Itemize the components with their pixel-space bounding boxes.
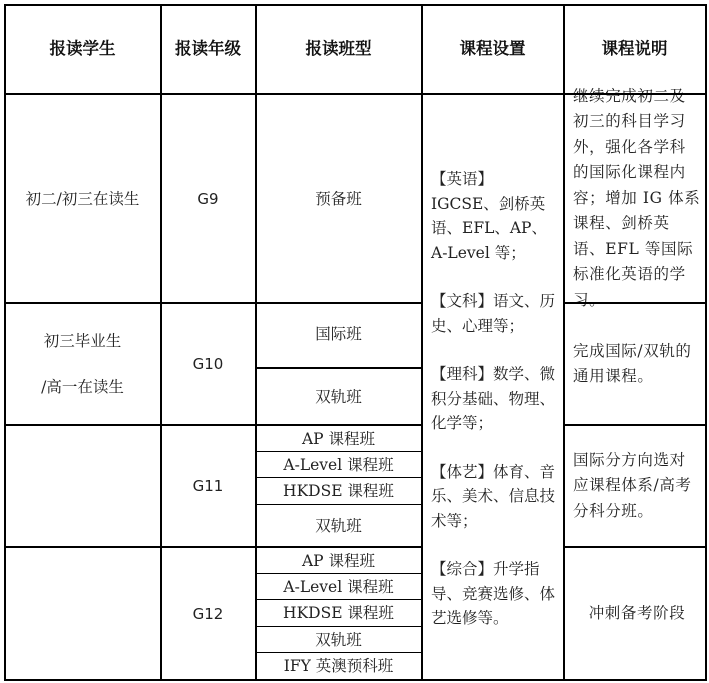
grid-line: [255, 652, 423, 653]
grid-line: [255, 477, 423, 478]
student-g11: [5, 426, 160, 546]
description-g11-text: 国际分方向选对应课程体系/高考分科分班。: [564, 448, 705, 525]
class-g12-ify: IFY 英澳预科班: [256, 653, 421, 679]
grid-line: [4, 679, 707, 681]
grid-line: [4, 93, 707, 95]
header-course-settings: 课程设置: [422, 5, 563, 93]
header-grade: 报读年级: [161, 5, 255, 93]
header-class-type: 报读班型: [256, 5, 421, 93]
grid-line: [255, 367, 423, 369]
course-setting-science: 【理科】数学、微积分基础、物理、化学等；: [431, 362, 555, 436]
class-g12-dual-track: 双轨班: [256, 627, 421, 652]
student-g9: 初二/初三在读生: [5, 95, 160, 302]
grid-line: [255, 599, 423, 600]
grid-line: [563, 424, 707, 426]
grid-line: [4, 546, 423, 548]
grid-line: [255, 504, 423, 505]
description-g12: 冲刺备考阶段: [564, 548, 705, 679]
description-g9-text: 继续完成初二及初三的科目学习外，强化各学科的国际化课程内容；增加 IG 体系课程…: [564, 84, 705, 314]
header-student: 报读学生: [5, 5, 160, 93]
grid-line: [421, 4, 423, 681]
description-g10: 完成国际/双轨的通用课程。: [564, 304, 705, 424]
class-g11-alevel: A-Level 课程班: [256, 452, 421, 477]
grade-g9: G9: [161, 95, 255, 302]
grade-g12: G12: [161, 548, 255, 679]
course-settings-list: 【英语】IGCSE、剑桥英语、EFL、AP、A-Level 等； 【文科】语文、…: [422, 167, 563, 631]
student-g10: 初三毕业生 /高一在读生: [5, 304, 160, 424]
grid-line: [255, 626, 423, 627]
grid-line: [4, 4, 6, 681]
class-g11-hkdse: HKDSE 课程班: [256, 478, 421, 503]
course-setting-comprehensive: 【综合】升学指导、竞赛选修、体艺选修等。: [431, 557, 555, 631]
course-settings: 【英语】IGCSE、剑桥英语、EFL、AP、A-Level 等； 【文科】语文、…: [422, 95, 563, 679]
class-g10-international: 国际班: [256, 304, 421, 367]
description-g11: 国际分方向选对应课程体系/高考分科分班。: [564, 426, 705, 546]
class-g9-prep: 预备班: [256, 95, 421, 302]
class-g11-dual-track: 双轨班: [256, 505, 421, 546]
course-setting-liberal-arts: 【文科】语文、历史、心理等；: [431, 289, 555, 338]
grid-line: [563, 4, 565, 681]
student-g10-text: 初三毕业生 /高一在读生: [41, 318, 124, 410]
student-g10-line1: 初三毕业生: [41, 318, 124, 364]
grid-line: [255, 451, 423, 452]
grid-line: [4, 302, 423, 304]
grid-line: [563, 546, 707, 548]
class-g12-hkdse: HKDSE 课程班: [256, 600, 421, 625]
grid-line: [4, 424, 423, 426]
grade-g10: G10: [161, 304, 255, 424]
description-g10-text: 完成国际/双轨的通用课程。: [564, 339, 705, 390]
grid-line: [255, 4, 257, 681]
grid-line: [563, 302, 707, 304]
course-setting-english: 【英语】IGCSE、剑桥英语、EFL、AP、A-Level 等；: [431, 167, 555, 265]
description-g9: 继续完成初二及初三的科目学习外，强化各学科的国际化课程内容；增加 IG 体系课程…: [564, 95, 705, 302]
grid-line: [255, 573, 423, 574]
class-g12-ap: AP 课程班: [256, 548, 421, 573]
class-g11-ap: AP 课程班: [256, 426, 421, 451]
grade-g11: G11: [161, 426, 255, 546]
grid-line: [705, 4, 707, 681]
student-g12: [5, 548, 160, 679]
course-setting-sports-arts: 【体艺】体育、音乐、美术、信息技术等；: [431, 460, 555, 534]
class-g10-dual-track: 双轨班: [256, 369, 421, 424]
class-g12-alevel: A-Level 课程班: [256, 574, 421, 599]
header-course-description: 课程说明: [564, 5, 705, 93]
student-g10-line2: /高一在读生: [41, 364, 124, 410]
grid-line: [160, 4, 162, 681]
description-g12-text: 冲刺备考阶段: [580, 601, 690, 627]
grid-line: [4, 4, 707, 6]
